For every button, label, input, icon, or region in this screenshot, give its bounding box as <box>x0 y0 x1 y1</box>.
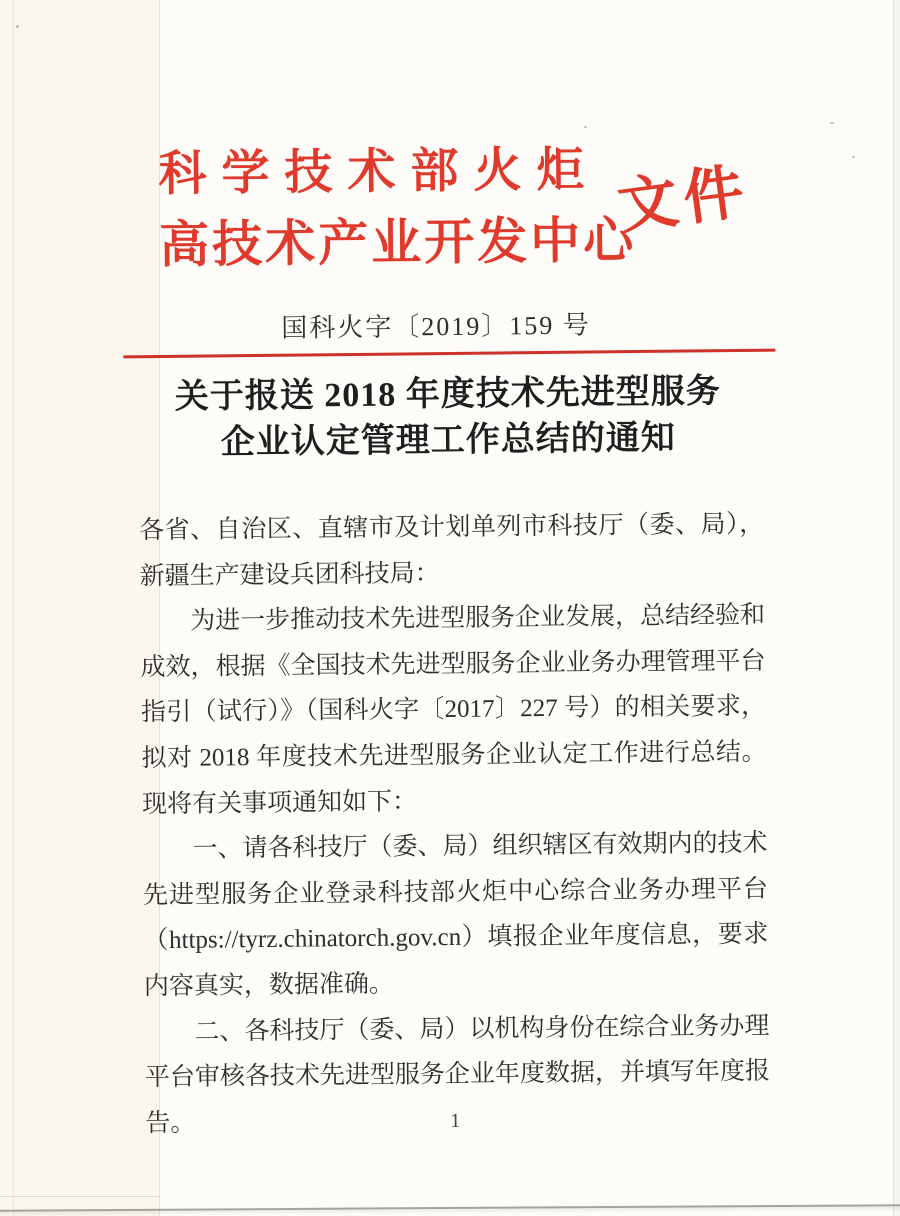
document-body: 各省、自治区、直辖市及计划单列市科技厅（委、局），新疆生产建设兵团科技局： 为进… <box>139 502 771 1147</box>
title-line-2: 企业认定管理工作总结的通知 <box>0 413 898 468</box>
letterhead-red-rule <box>123 349 775 359</box>
document-title: 关于报送 2018 年度技术先进型服务 企业认定管理工作总结的通知 <box>0 367 898 468</box>
letterhead-org-line2: 高技术产业开发中心 <box>159 215 636 270</box>
document-content: 科学技术部火炬 高技术产业开发中心 文件 国科火字〔2019〕159 号 关于报… <box>0 0 900 1216</box>
scan-speck <box>852 156 855 158</box>
document-number: 国科火字〔2019〕159 号 <box>0 302 875 348</box>
scan-speck <box>16 25 19 28</box>
scan-speck <box>584 126 587 128</box>
scan-speck <box>830 122 834 124</box>
salutation: 各省、自治区、直辖市及计划单列市科技厅（委、局），新疆生产建设兵团科技局： <box>139 502 765 600</box>
scan-bottom-edge-left <box>0 1196 159 1197</box>
paragraph-2: 一、请各科技厅（委、局）组织辖区有效期内的技术先进型服务企业登录科技部火炬中心综… <box>142 821 769 1010</box>
scanned-document-page: 科学技术部火炬 高技术产业开发中心 文件 国科火字〔2019〕159 号 关于报… <box>0 0 900 1216</box>
paragraph-1: 为进一步推动技术先进型服务企业发展，总结经验和成效，根据《全国技术先进型服务企业… <box>140 593 767 828</box>
letterhead-org-line1: 科学技术部火炬 <box>158 146 599 199</box>
letterhead-doc-type: 文件 <box>614 161 753 238</box>
